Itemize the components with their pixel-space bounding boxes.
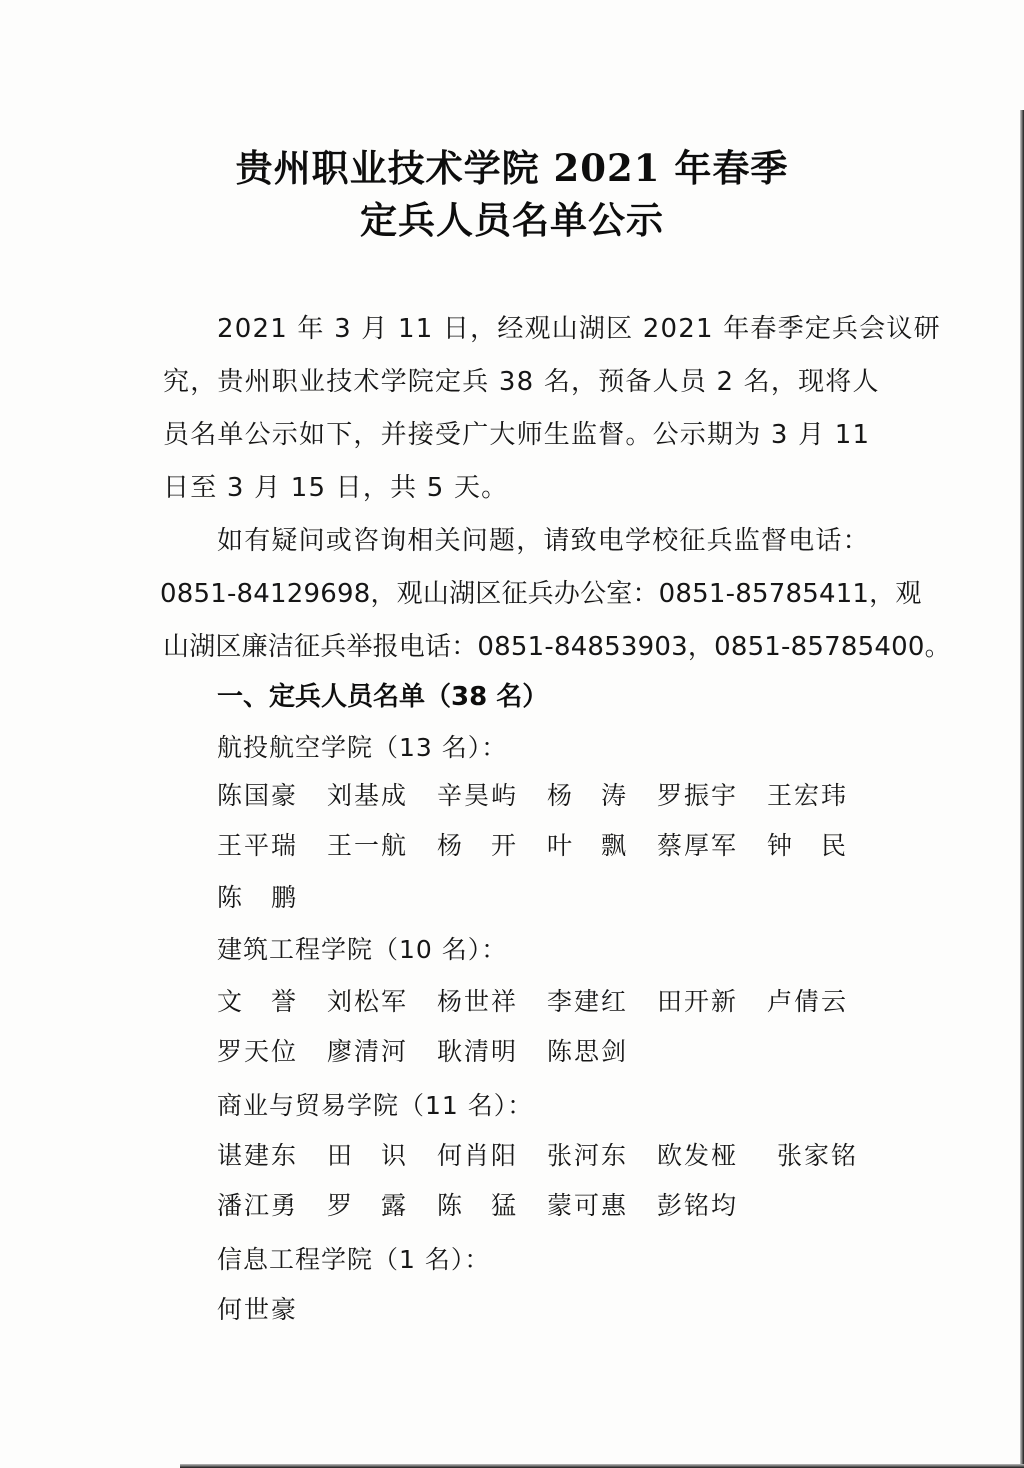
person-name: 陈思剑: [547, 1032, 657, 1066]
person-name: 何世豪: [217, 1290, 327, 1324]
person-name: 卢倩云: [767, 982, 877, 1016]
person-name: 叶 飘: [547, 826, 657, 860]
person-name: 谌建东: [217, 1136, 327, 1170]
person-name: 蔡厚军: [657, 826, 767, 860]
paragraph1-line: 2021 年 3 月 11 日，经观山湖区 2021 年春季定兵会议研: [217, 308, 941, 345]
names-row: 谌建东 田 识 何肖阳 张河东 欧发桠 张家铭: [217, 1136, 887, 1170]
person-name: 王平瑞: [217, 826, 327, 860]
scan-edge-right: [1020, 110, 1024, 1468]
person-name: 陈 鹏: [217, 878, 327, 912]
names-row: 罗天位 廖清河 耿清明 陈思剑: [217, 1032, 657, 1066]
person-name: 何肖阳: [437, 1136, 547, 1170]
person-name: 刘基成: [327, 776, 437, 810]
person-name: 潘江勇: [217, 1186, 327, 1220]
person-name: 田 识: [327, 1136, 437, 1170]
person-name: 王一航: [327, 826, 437, 860]
names-row: 陈 鹏: [217, 878, 327, 912]
person-name: 陈国豪: [217, 776, 327, 810]
person-name: 耿清明: [437, 1032, 547, 1066]
names-row: 潘江勇 罗 露 陈 猛 蒙可惠 彭铭均: [217, 1186, 767, 1220]
person-name: 钟 民: [767, 826, 877, 860]
paragraph1-line: 日至 3 月 15 日，共 5 天。: [163, 467, 508, 504]
person-name: 王宏玮: [767, 776, 877, 810]
scan-edge-bottom: [180, 1464, 1024, 1468]
person-name: 陈 猛: [437, 1186, 547, 1220]
names-row: 文 誉 刘松军 杨世祥 李建红 田开新 卢倩云: [217, 982, 877, 1016]
paragraph2-line-phones: 0851-84129698，观山湖区征兵办公室：0851-85785411，观: [160, 573, 922, 610]
document-title-line2: 定兵人员名单公示: [0, 190, 1024, 244]
person-name: 辛昊屿: [437, 776, 547, 810]
paragraph2-line-phones: 山湖区廉洁征兵举报电话：0851-84853903，0851-85785400。: [163, 626, 951, 663]
person-name: 李建红: [547, 982, 657, 1016]
names-row: 王平瑞 王一航 杨 开 叶 飘 蔡厚军 钟 民: [217, 826, 877, 860]
paragraph1-line: 究，贵州职业技术学院定兵 38 名，预备人员 2 名，现将人: [163, 361, 880, 398]
person-name: 田开新: [657, 982, 767, 1016]
person-name: 罗天位: [217, 1032, 327, 1066]
college-heading: 商业与贸易学院（11 名）：: [217, 1086, 533, 1122]
college-heading: 建筑工程学院（10 名）：: [217, 930, 507, 966]
person-name: 杨 涛: [547, 776, 657, 810]
person-name: 廖清河: [327, 1032, 437, 1066]
person-name: 蒙可惠: [547, 1186, 657, 1220]
person-name: 刘松军: [327, 982, 437, 1016]
person-name: 罗振宇: [657, 776, 767, 810]
paragraph2-line: 如有疑问或咨询相关问题，请致电学校征兵监督电话：: [217, 520, 870, 557]
names-row: 何世豪: [217, 1290, 327, 1324]
document-title-line1: 贵州职业技术学院 2021 年春季: [0, 138, 1024, 192]
person-name: 欧发桠: [657, 1136, 777, 1170]
college-heading: 信息工程学院（1 名）：: [217, 1240, 490, 1276]
section-heading-enlisted-list: 一、定兵人员名单（38 名）: [217, 676, 548, 713]
person-name: 彭铭均: [657, 1186, 767, 1220]
person-name: 杨世祥: [437, 982, 547, 1016]
person-name: 文 誉: [217, 982, 327, 1016]
paragraph1-line: 员名单公示如下，并接受广大师生监督。公示期为 3 月 11: [163, 414, 870, 451]
college-heading: 航投航空学院（13 名）：: [217, 728, 507, 764]
person-name: 罗 露: [327, 1186, 437, 1220]
person-name: 张家铭: [777, 1136, 887, 1170]
person-name: 杨 开: [437, 826, 547, 860]
person-name: 张河东: [547, 1136, 657, 1170]
names-row: 陈国豪 刘基成 辛昊屿 杨 涛 罗振宇 王宏玮: [217, 776, 877, 810]
scanned-page: 贵州职业技术学院 2021 年春季 定兵人员名单公示 2021 年 3 月 11…: [0, 0, 1024, 1468]
